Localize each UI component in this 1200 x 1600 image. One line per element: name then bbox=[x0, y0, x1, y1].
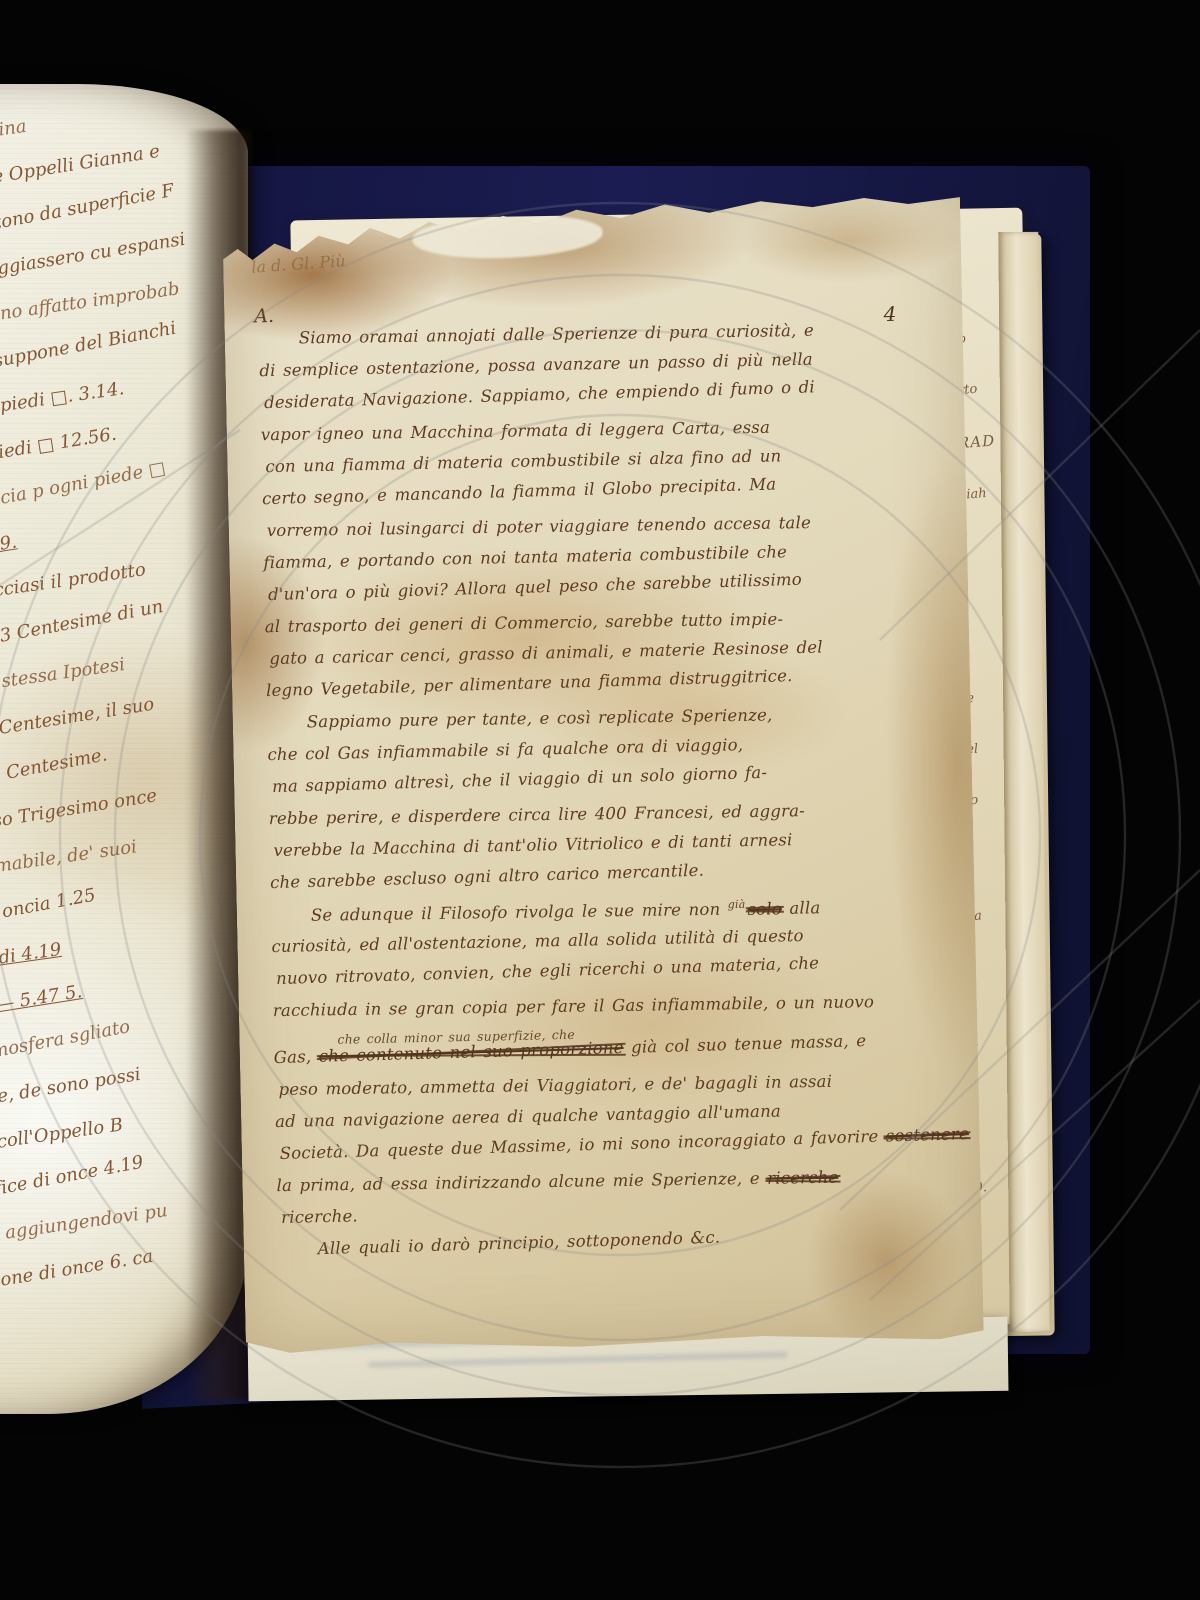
struck-text: ricerche bbox=[767, 1168, 839, 1188]
bleed-through-writing bbox=[368, 1352, 788, 1368]
text-run: Gas, bbox=[273, 1047, 319, 1067]
text-run: alla bbox=[782, 898, 821, 918]
text-run: Se adunque il Filosofo rivolga le sue mi… bbox=[311, 900, 728, 925]
margin-mark: A. bbox=[254, 305, 274, 327]
manuscript-photo: ortoRADdiahay,ulledelmocianami10:o120.9m… bbox=[0, 0, 1200, 1600]
edge-text-fragment: diah bbox=[958, 484, 1019, 503]
edge-text-fragment: RAD bbox=[957, 430, 1018, 452]
manuscript-page: la d. Gl. Più A. 4 Siamo oramai annojati… bbox=[222, 193, 984, 1354]
interlinear-word: già bbox=[728, 898, 746, 911]
edge-text-fragment: rto bbox=[958, 379, 1019, 398]
manuscript-text: Siamo oramai annojati dalle Sperienze di… bbox=[263, 315, 951, 1272]
struck-text: sostenere bbox=[886, 1124, 970, 1145]
edge-text-fragment: o bbox=[958, 328, 1019, 347]
faded-header: la d. Gl. Più bbox=[251, 251, 347, 277]
struck-text: solo bbox=[747, 899, 782, 919]
